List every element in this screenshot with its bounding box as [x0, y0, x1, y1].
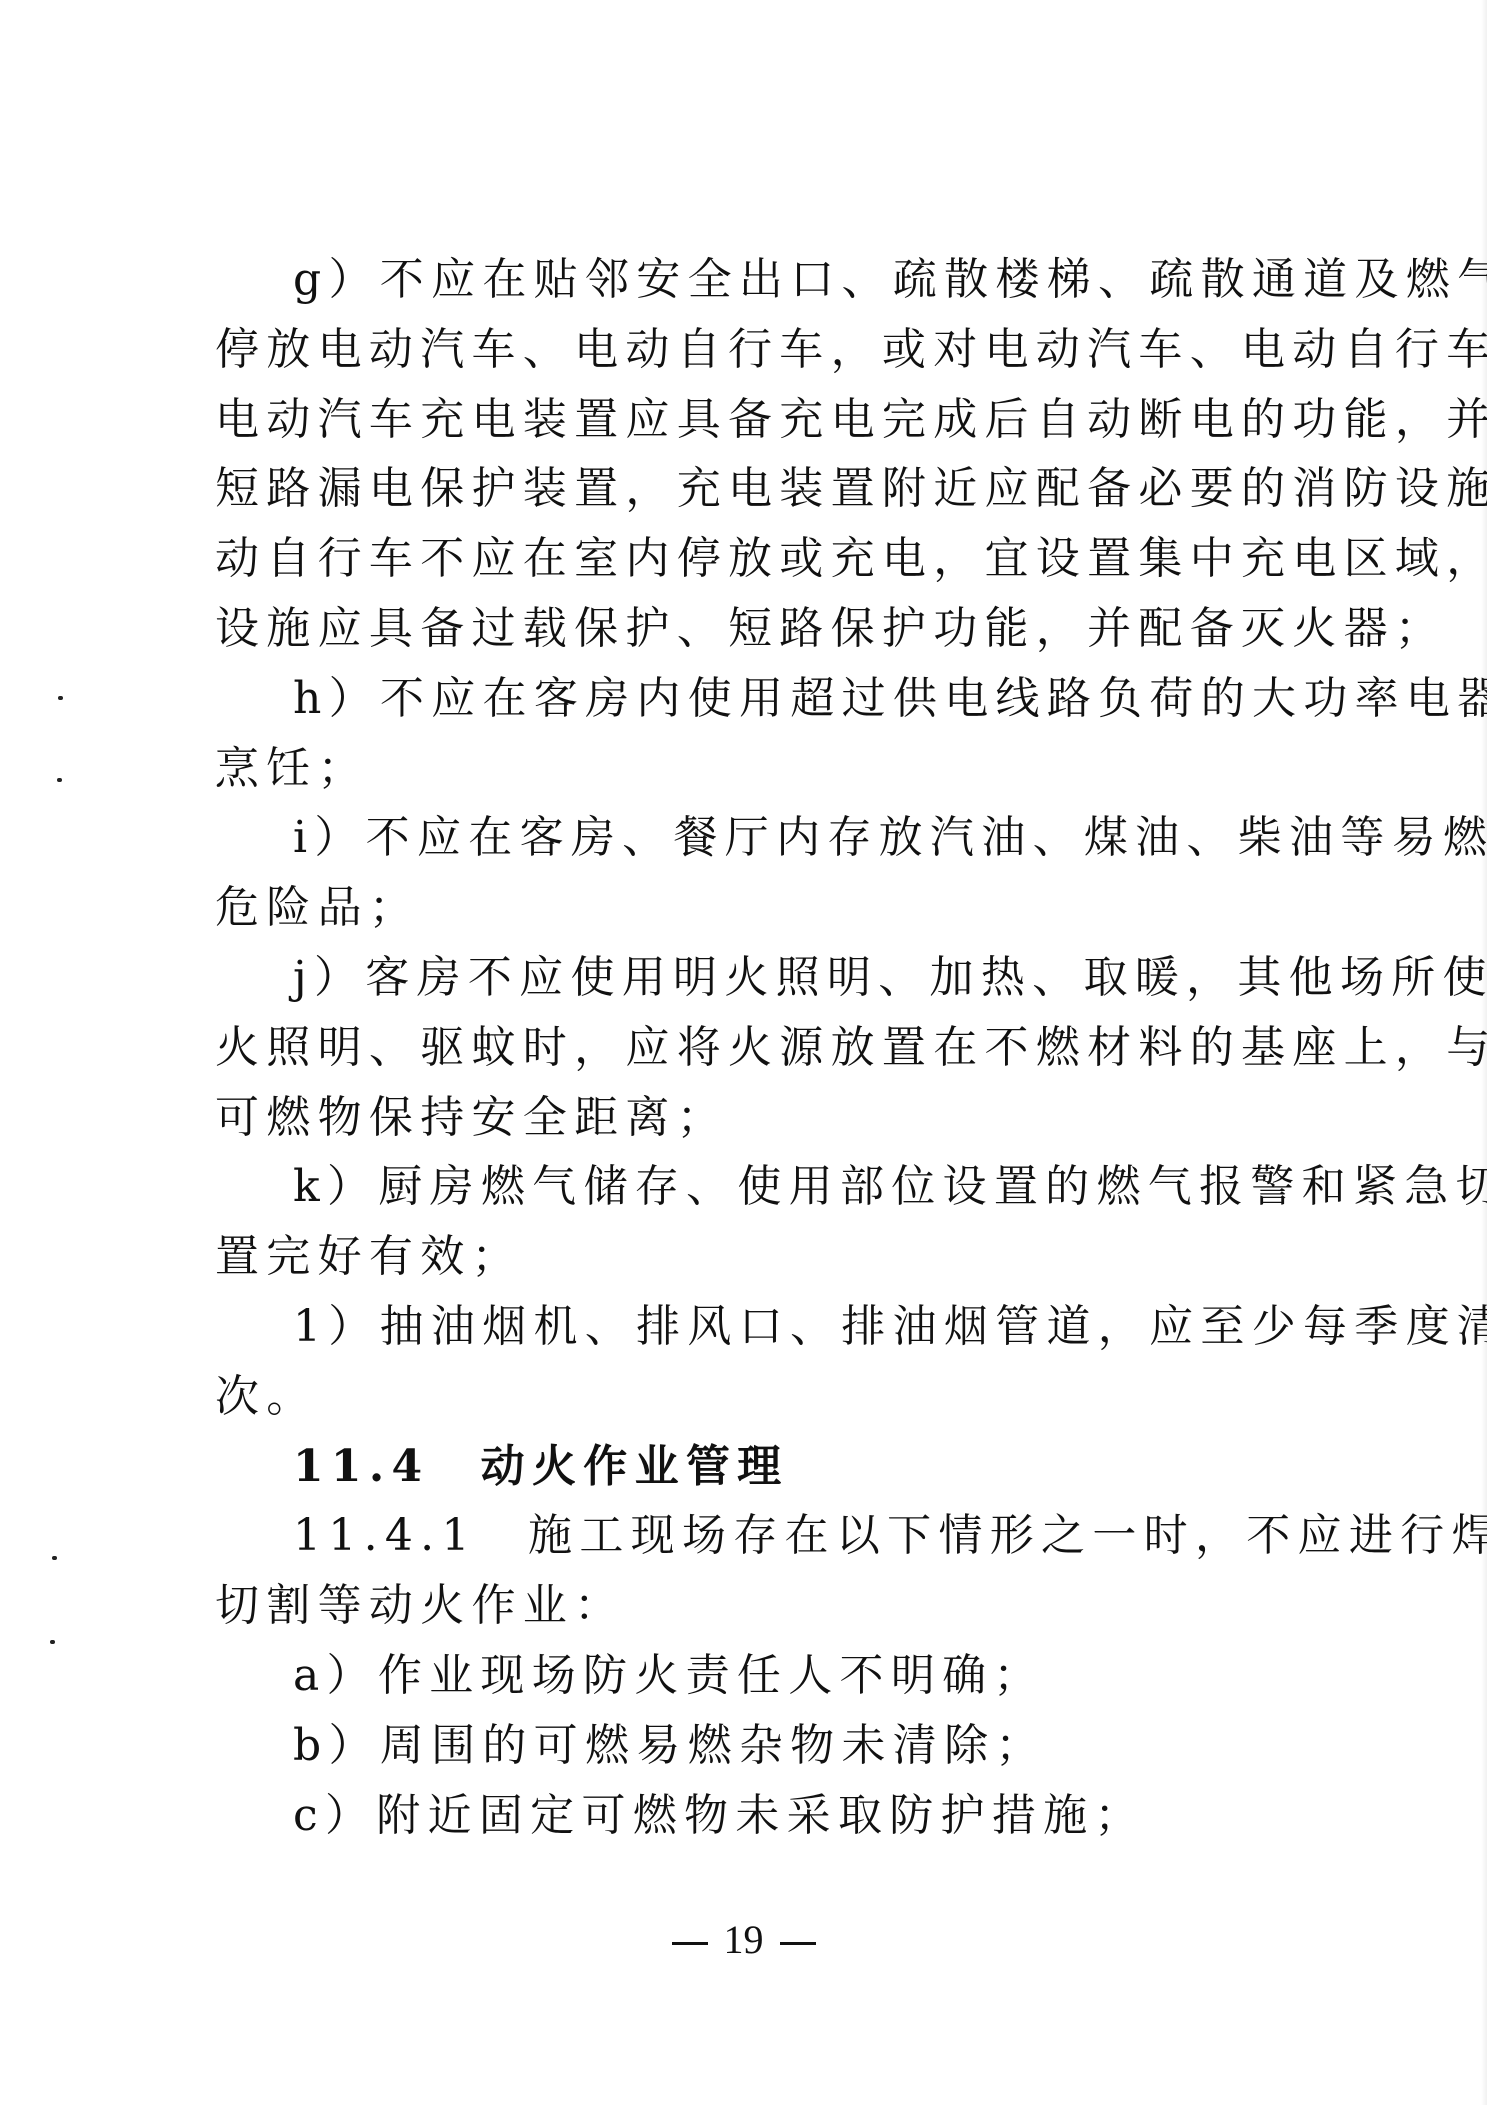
list-item-b: b）周围的可燃易燃杂物未清除； [215, 1711, 1300, 1781]
paragraph-i-line-2: 危险品； [215, 873, 1300, 943]
paragraph-l-line-1: 1）抽油烟机、排风口、排油烟管道，应至少每季度清洗一 [215, 1292, 1300, 1362]
document-body: g）不应在贴邻安全出口、疏散楼梯、疏散通道及燃气管线 停放电动汽车、电动自行车，… [215, 245, 1300, 1850]
dash-left-icon [672, 1942, 708, 1945]
page-number: 19 [724, 1917, 764, 1962]
binding-mark [50, 1640, 55, 1644]
binding-mark [57, 778, 62, 782]
paragraph-g-line-1: g）不应在贴邻安全出口、疏散楼梯、疏散通道及燃气管线 [215, 245, 1300, 315]
paragraph-h-line-2: 烹饪； [215, 734, 1300, 804]
clause-11-4-1-line-2: 切割等动火作业： [215, 1571, 1300, 1641]
list-item-c: c）附近固定可燃物未采取防护措施； [215, 1781, 1300, 1851]
paragraph-g-line-6: 设施应具备过载保护、短路保护功能，并配备灭火器； [215, 594, 1300, 664]
clause-11-4-1-line-1: 11.4.1 施工现场存在以下情形之一时，不应进行焊接、 [215, 1501, 1300, 1571]
paragraph-k-line-2: 置完好有效； [215, 1222, 1300, 1292]
paragraph-l-line-2: 次。 [215, 1362, 1300, 1432]
paragraph-g-line-5: 动自行车不应在室内停放或充电，宜设置集中充电区域，充电 [215, 524, 1300, 594]
paragraph-j-line-1: j）客房不应使用明火照明、加热、取暖，其他场所使用明 [215, 943, 1300, 1013]
paragraph-j-line-2: 火照明、驱蚊时，应将火源放置在不燃材料的基座上，与周围 [215, 1013, 1300, 1083]
paragraph-g-line-2: 停放电动汽车、电动自行车，或对电动汽车、电动自行车充电。 [215, 315, 1300, 385]
paragraph-g-line-3: 电动汽车充电装置应具备充电完成后自动断电的功能，并具备 [215, 385, 1300, 455]
paragraph-i-line-1: i）不应在客房、餐厅内存放汽油、煤油、柴油等易燃易爆 [215, 803, 1300, 873]
paragraph-g-line-4: 短路漏电保护装置，充电装置附近应配备必要的消防设施。电 [215, 454, 1300, 524]
section-heading-11-4: 11.4 动火作业管理 [215, 1432, 1300, 1502]
dash-right-icon [780, 1942, 816, 1945]
binding-mark [52, 1556, 57, 1560]
paragraph-h-line-1: h）不应在客房内使用超过供电线路负荷的大功率电器进行 [215, 664, 1300, 734]
paragraph-k-line-1: k）厨房燃气储存、使用部位设置的燃气报警和紧急切断装 [215, 1152, 1300, 1222]
list-item-a: a）作业现场防火责任人不明确； [215, 1641, 1300, 1711]
binding-mark [58, 696, 63, 700]
page-footer: 19 [0, 1915, 1487, 1965]
paragraph-j-line-3: 可燃物保持安全距离； [215, 1083, 1300, 1153]
